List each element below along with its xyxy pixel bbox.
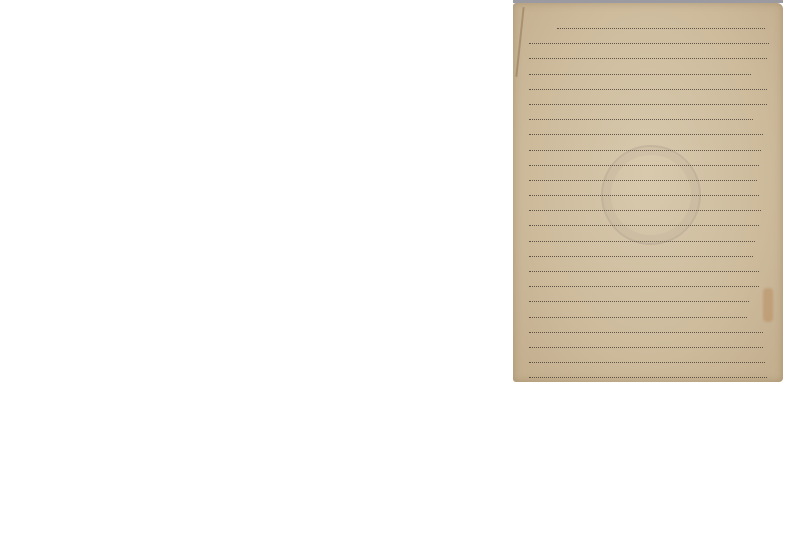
handwriting-line — [527, 36, 773, 51]
handwritten-lines — [527, 21, 773, 386]
handwriting-line — [527, 234, 773, 249]
handwriting-line — [527, 294, 773, 309]
handwriting-line — [527, 264, 773, 279]
handwriting-line — [527, 279, 773, 294]
handwriting-line — [527, 370, 773, 385]
handwriting-line — [527, 203, 773, 218]
handwriting-line — [527, 97, 773, 112]
handwriting-line — [527, 188, 773, 203]
document-type: scanned handwritten manuscript page — [513, 3, 514, 4]
handwriting-line — [527, 112, 773, 127]
handwriting-line — [527, 21, 773, 36]
handwriting-line — [527, 82, 773, 97]
handwriting-line — [527, 355, 773, 370]
handwriting-line — [527, 158, 773, 173]
handwriting-line — [527, 67, 773, 82]
manuscript-page: scanned handwritten manuscript page Gree… — [513, 3, 783, 382]
handwriting-line — [527, 173, 773, 188]
handwriting-line — [527, 249, 773, 264]
handwriting-line — [527, 51, 773, 66]
handwriting-line — [527, 310, 773, 325]
fold-crease — [515, 7, 524, 77]
handwriting-line — [527, 127, 773, 142]
handwriting-line — [527, 325, 773, 340]
handwriting-line — [527, 340, 773, 355]
handwriting-line — [527, 143, 773, 158]
handwriting-line — [527, 218, 773, 233]
